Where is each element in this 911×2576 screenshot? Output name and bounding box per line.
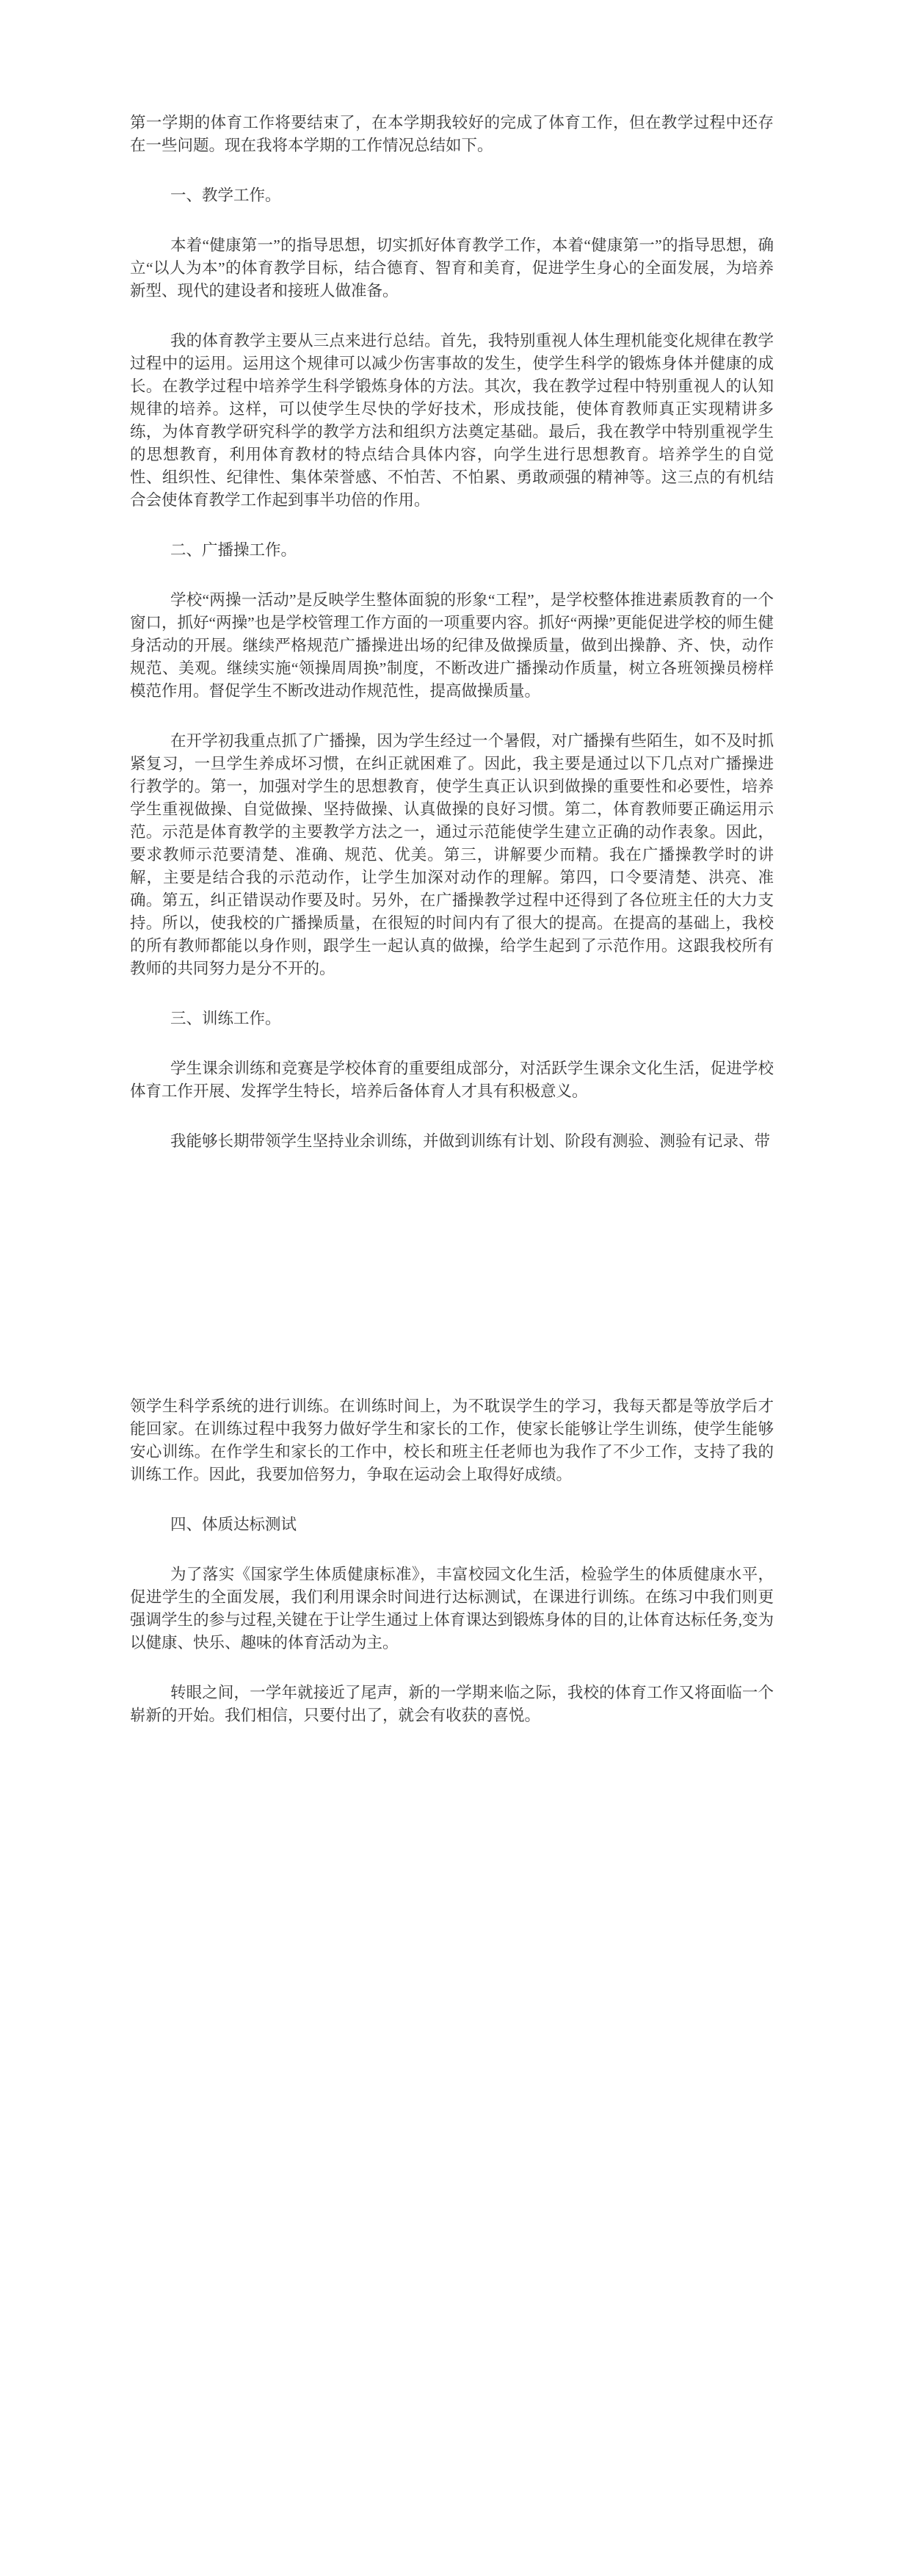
paragraph-guiding-principle: 本着“健康第一”的指导思想，切实抓好体育教学工作，本着“健康第一”的指导思想，确… xyxy=(130,234,774,303)
section-heading-broadcast-exercise-work: 二、广播操工作。 xyxy=(130,539,774,562)
paragraph-after-school-training-significance: 学生课余训练和竞赛是学校体育的重要组成部分，对活跃学生课余文化生活，促进学校体育… xyxy=(130,1057,774,1103)
section-heading-fitness-standard-test: 四、体质达标测试 xyxy=(130,1513,774,1536)
paragraph-broadcast-exercise-teaching-points: 在开学初我重点抓了广播操，因为学生经过一个暑假，对广播操有些陌生，如不及时抓紧复… xyxy=(130,730,774,980)
section-heading-training-work: 三、训练工作。 xyxy=(130,1007,774,1030)
closing-paragraph: 转眼之间，一学年就接近了尾声，新的一学期来临之际，我校的体育工作又将面临一个崭新… xyxy=(130,1682,774,1727)
paragraph-teaching-summary-three-points: 我的体育教学主要从三点来进行总结。首先，我特别重视人体生理机能变化规律在教学过程… xyxy=(130,330,774,512)
paragraph-training-plan-part-b: 领学生科学系统的进行训练。在训练时间上，为不耽误学生的学习，我每天都是等放学后才… xyxy=(130,1395,774,1486)
paragraph-two-exercises-program: 学校“两操一活动”是反映学生整体面貌的形象“工程”，是学校整体推进素质教育的一个… xyxy=(130,589,774,703)
page-break-gap xyxy=(130,1153,774,1395)
paragraph-national-fitness-standard: 为了落实《国家学生体质健康标准》，丰富校园文化生活，检验学生的体质健康水平，促进… xyxy=(130,1563,774,1654)
intro-paragraph: 第一学期的体育工作将要结束了，在本学期我较好的完成了体育工作，但在教学过程中还存… xyxy=(130,112,774,157)
document-page: 第一学期的体育工作将要结束了，在本学期我较好的完成了体育工作，但在教学过程中还存… xyxy=(0,0,911,1727)
paragraph-training-plan-part-a: 我能够长期带领学生坚持业余训练，并做到训练有计划、阶段有测验、测验有记录、带 xyxy=(130,1130,774,1153)
section-heading-teaching-work: 一、教学工作。 xyxy=(130,184,774,207)
